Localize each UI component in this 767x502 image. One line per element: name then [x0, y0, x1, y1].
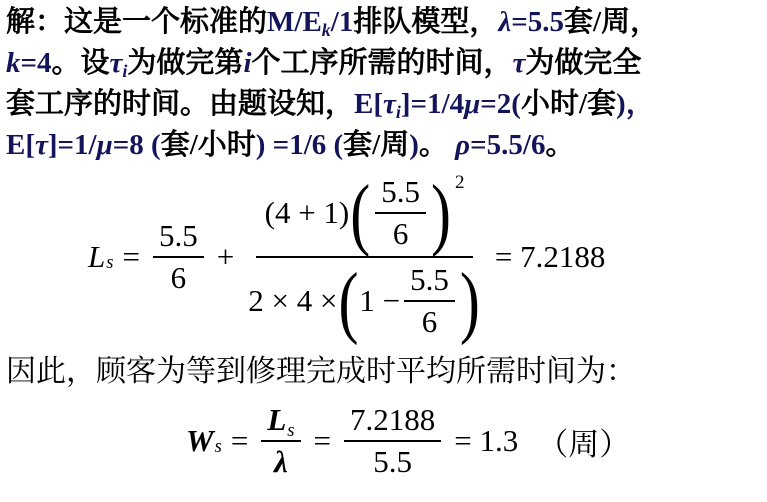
- plus-sign: +: [217, 239, 234, 275]
- ls-variable-subscript: s: [287, 420, 294, 441]
- denominator-prefix: 2 × 4 ×: [248, 283, 337, 319]
- ws-variable-subscript: s: [215, 436, 222, 458]
- document-page: 解：这是一个标准的M/Ek/1排队模型，λ=5.5套/周， k=4。设τi为做完…: [0, 0, 767, 502]
- text-segment: 为做完全: [525, 47, 641, 79]
- ls-variable-subscript: s: [106, 252, 113, 274]
- math-segment: =8 (: [113, 129, 161, 161]
- math-segment: ): [409, 129, 419, 161]
- text-segment: 。: [545, 129, 574, 161]
- equals-sign: =: [231, 423, 248, 459]
- math-segment: E[: [354, 88, 383, 120]
- fraction-numerator: 5.5: [375, 174, 426, 214]
- text-segment: 套/小时: [161, 129, 256, 161]
- text-segment: 解：这是一个标准的: [6, 6, 267, 38]
- math-segment: )，: [616, 88, 655, 120]
- text-segment: 套工序的时间。由题设知，: [6, 88, 354, 120]
- fraction-denominator-lambda: λ: [274, 442, 288, 480]
- conclusion-paragraph: 因此，顾客为等到修理完成时平均所需时间为：: [6, 353, 764, 391]
- math-segment: ) =1/6 (: [256, 129, 343, 161]
- right-paren: ): [430, 173, 452, 254]
- main-fraction: (4 + 1) ( 5.5 6 ) 2 2 × 4 × ( 1 − 5.5 6 …: [248, 174, 481, 340]
- math-symbol-i: i: [243, 47, 251, 79]
- ws-equation: Ws = Ls λ = 7.2188 5.5 = 1.3 （周）: [186, 402, 630, 480]
- fraction-ls-over-lambda: Ls λ: [261, 402, 300, 480]
- ls-result: = 7.2188: [495, 239, 605, 275]
- math-segment: /1: [331, 6, 354, 38]
- solution-line-3: 套工序的时间。由题设知，E[τi]=1/4μ=2(小时/套)，: [6, 85, 764, 126]
- math-subscript: i: [396, 102, 401, 122]
- fraction-numerator: 7.2188: [344, 402, 441, 442]
- text-segment: 。设: [52, 47, 110, 79]
- fraction-rho: 5.5 6: [404, 262, 455, 340]
- math-symbol-tau: τ: [383, 88, 396, 120]
- fraction-numerator: 5.5: [404, 262, 455, 302]
- fraction-numerator: Ls: [261, 402, 300, 442]
- fraction-denominator: 6: [393, 214, 409, 252]
- text-segment: 因此，顾客为等到修理完成时平均所需时间为：: [6, 355, 636, 388]
- ls-equation: Ls = 5.5 6 + (4 + 1) ( 5.5 6 ) 2 2 × 4 ×…: [88, 174, 614, 340]
- math-segment: M/E: [267, 6, 322, 38]
- left-paren: (: [349, 173, 371, 254]
- main-fraction-denominator: 2 × 4 × ( 1 − 5.5 6 ): [248, 258, 481, 340]
- solution-paragraph: 解：这是一个标准的M/Ek/1排队模型，λ=5.5套/周， k=4。设τi为做完…: [6, 3, 764, 164]
- math-symbol-k: k: [6, 47, 21, 79]
- right-paren: ): [459, 261, 481, 342]
- text-segment: 为做完第: [127, 47, 243, 79]
- text-segment: 个工序所需的时间，: [252, 47, 513, 79]
- fraction-numeric: 7.2188 5.5: [344, 402, 441, 480]
- fraction-denominator: 5.5: [373, 442, 412, 480]
- main-fraction-numerator: (4 + 1) ( 5.5 6 ) 2: [256, 174, 474, 258]
- text-segment: 。: [419, 129, 455, 161]
- text-segment: 小时/套: [521, 88, 616, 120]
- text-segment: 套/周: [343, 129, 409, 161]
- math-segment: ]=1/4: [401, 88, 464, 120]
- math-subscript: i: [122, 61, 127, 81]
- one-minus-term: 1 −: [359, 283, 400, 319]
- math-subscript: k: [322, 20, 331, 40]
- solution-line-1: 解：这是一个标准的M/Ek/1排队模型，λ=5.5套/周，: [6, 3, 764, 44]
- math-symbol-mu: μ: [97, 129, 113, 161]
- fraction-numerator: 5.5: [153, 218, 204, 258]
- text-segment: 排队模型，: [353, 6, 498, 38]
- factor-term: (4 + 1): [265, 195, 350, 231]
- fraction-rho: 5.5 6: [375, 174, 426, 252]
- math-segment: =2(: [480, 88, 521, 120]
- equals-sign: =: [123, 239, 140, 275]
- math-segment: ]=1/: [48, 129, 97, 161]
- math-symbol-tau: τ: [35, 129, 48, 161]
- equals-sign: =: [314, 423, 331, 459]
- math-segment: =5.5/6: [470, 129, 545, 161]
- math-symbol-rho: ρ: [455, 129, 470, 161]
- solution-line-2: k=4。设τi为做完第i个工序所需的时间，τ为做完全: [6, 44, 764, 85]
- math-symbol-tau: τ: [110, 47, 123, 79]
- ws-variable: W: [186, 423, 214, 459]
- solution-line-4: E[τ]=1/μ=8 (套/小时) =1/6 (套/周)。 ρ=5.5/6。: [6, 126, 764, 164]
- math-symbol-tau: τ: [513, 47, 526, 79]
- fraction-denominator: 6: [171, 258, 187, 296]
- math-segment: =5.5: [511, 6, 564, 38]
- left-paren: (: [337, 261, 359, 342]
- ls-variable: L: [267, 402, 286, 437]
- fraction-rho: 5.5 6: [153, 218, 204, 296]
- math-symbol-lambda: λ: [498, 6, 511, 38]
- math-symbol-mu: μ: [464, 88, 480, 120]
- text-segment: 套/周，: [564, 6, 659, 38]
- exponent: 2: [455, 172, 465, 194]
- ls-variable: L: [88, 239, 105, 275]
- fraction-denominator: 6: [422, 302, 438, 340]
- ws-result: = 1.3: [454, 423, 518, 459]
- unit-weeks: （周）: [537, 419, 630, 464]
- math-segment: E[: [6, 129, 35, 161]
- math-segment: =4: [21, 47, 52, 79]
